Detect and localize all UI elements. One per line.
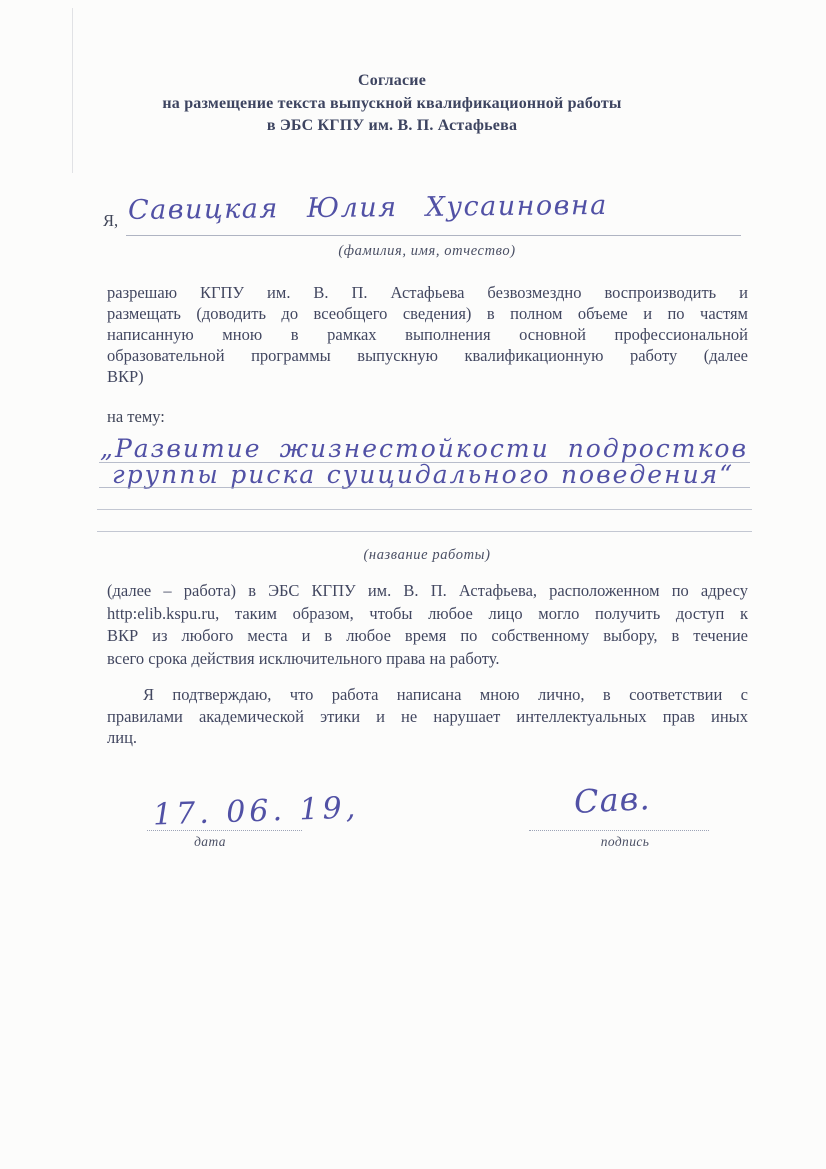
title-ruled-line-4 [97,531,752,532]
document-title: Согласие на размещение текста выпускной … [82,70,702,138]
signature-handwritten: Сав. [573,779,651,821]
date-signature-line [147,830,302,831]
work-title-caption: (название работы) [107,547,747,564]
name-underline [126,235,741,236]
title-line-3: в ЭБС КГПУ им. В. П. Астафьева [82,115,702,138]
paragraph-line: лиц. [107,727,748,749]
paragraph-line: всего срока действия исключительного пра… [107,648,748,671]
paragraph-line: разрешаю КГПУ им. В. П. Астафьева безвоз… [107,282,748,303]
title-ruled-line-1 [99,462,750,463]
topic-label: на тему: [107,407,165,427]
paragraph-line: написанную мною в рамках выполнения осно… [107,324,748,345]
paragraph-line: размещать (доводить до всеобщего сведени… [107,303,748,324]
confirmation-paragraph: Я подтверждаю, что работа написана мною … [107,684,748,749]
paragraph-line: ВКР) [107,366,748,387]
work-title-handwritten-line-1: „Развитие жизнестойкости подростков [100,435,748,463]
title-ruled-line-2 [99,487,750,488]
declarant-name-handwritten: Савицкая Юлия Хусаиновна [128,189,688,226]
signature-caption: подпись [545,834,705,850]
title-line-1: Согласие [82,70,702,93]
title-ruled-line-3 [97,509,752,510]
work-title-handwritten-line-2: группы риска суицидального поведения“ [112,461,734,489]
paragraph-line: правилами академической этики и не наруш… [107,706,748,728]
placement-paragraph: (далее – работа) в ЭБС КГПУ им. В. П. Ас… [107,580,748,670]
paragraph-line: http:elib.kspu.ru, таким образом, чтобы … [107,603,748,626]
permission-paragraph: разрешаю КГПУ им. В. П. Астафьева безвоз… [107,282,748,387]
title-line-2: на размещение текста выпускной квалифика… [82,93,702,116]
paragraph-line: образовательной программы выпускную квал… [107,345,748,366]
name-caption: (фамилия, имя, отчество) [107,243,747,260]
declarant-prefix: Я, [103,211,118,231]
scan-edge-artifact [72,8,73,173]
paragraph-line: (далее – работа) в ЭБС КГПУ им. В. П. Ас… [107,580,748,603]
paragraph-line: ВКР из любого места и в любое время по с… [107,625,748,648]
date-caption: дата [150,834,270,850]
date-handwritten: 17. 06. 19, [152,790,359,832]
paragraph-line: Я подтверждаю, что работа написана мною … [107,684,748,706]
signature-line [529,830,709,831]
